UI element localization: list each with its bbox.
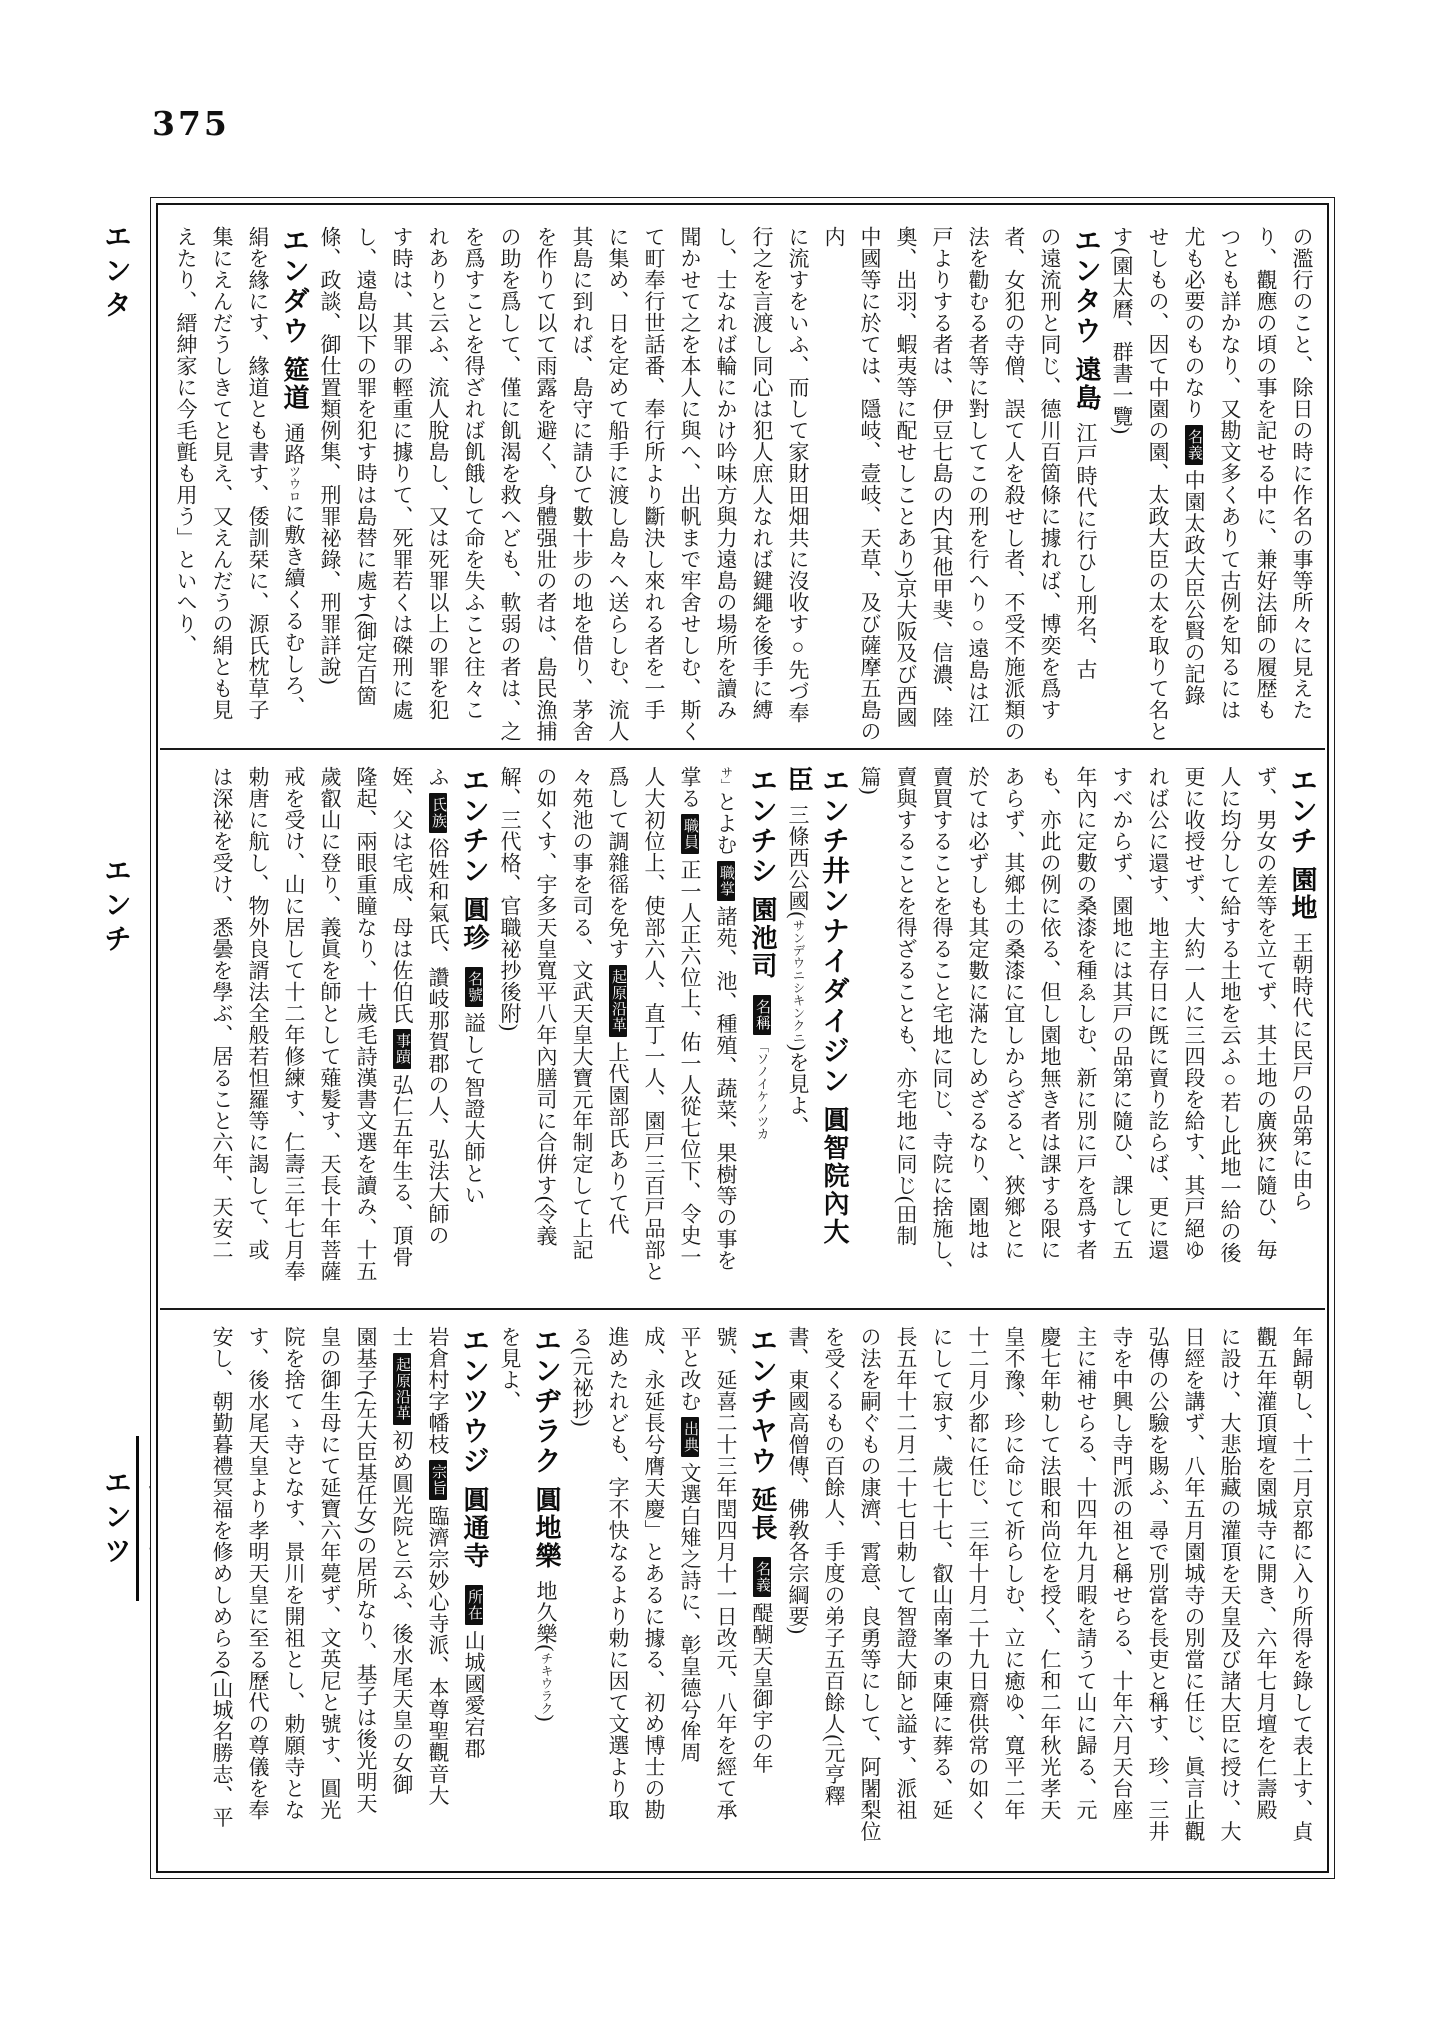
text-column: 皇不豫、珍に命じて祈らしむ、立に癒ゆ、寬平二年	[996, 1326, 1032, 1863]
text-column: 條、政談、御仕置類例集、刑罪祕錄、刑罪詳說)	[312, 226, 348, 763]
text-column: えたり、縉紳家に今毛氈も用う」といへり、	[168, 226, 204, 763]
body-text: り、觀應の頃の事を記せる中に、兼好法師の履歴も	[1254, 226, 1278, 721]
text-column: 隆起、兩眼重瞳なり、十歲毛詩漢書文選を讀み、十五	[348, 766, 384, 1303]
body-text: 戒を受け、山に居して十二年修練す、仁壽三年七月奉	[282, 766, 306, 1282]
text-column: 岩倉村字幡枝宗旨臨濟宗妙心寺派、本尊聖觀音大	[420, 1326, 456, 1863]
thumb-index-label: エンタ	[96, 222, 136, 324]
body-text: し、遠島以下の罪を犯す時は島替に處す(御定百箇	[354, 226, 378, 707]
text-column: す、後水尾天皇より孝明天皇に至る歷代の尊儀を奉	[240, 1326, 276, 1863]
section-label: 名號	[465, 967, 483, 1007]
body-text: 年歸朝し、十二月京都に入り所得を錄して表上す、貞	[1290, 1326, 1314, 1842]
body-text: ず、男女の差等を立てず、其土地の廣狹に隨ひ、毎	[1254, 766, 1278, 1261]
body-text: 皇不豫、珍に命じて祈らしむ、立に癒ゆ、寬平二年	[1002, 1326, 1026, 1821]
text-column: せしもの、因て中園の園、太政大臣の太を取りて名と	[1140, 226, 1176, 763]
body-text: す時は、其罪の輕重に據りて、死罪若くは磔刑に處	[390, 226, 414, 721]
text-column: 園基子(左大臣基任女)の居所なり、基子は後光明天	[348, 1326, 384, 1863]
headword-kanji: 圓珍	[460, 896, 489, 952]
body-text: を作りて以て雨露を避く、身體强壯の者は、島民漁捕	[534, 226, 558, 742]
body-text: 中園太政大臣公賢の記錄	[1182, 470, 1206, 707]
text-column: 人大初位上、使部六人、直丁一人、園戸三百戸品部と	[636, 766, 672, 1303]
body-text: 十二月少都に任じ、三年十月二十九日齋供常の如く	[966, 1326, 990, 1821]
body-text: を見よ、	[498, 1326, 522, 1412]
body-text: も、亦此の例に依る、但し園地無き者は課する限に	[1038, 766, 1062, 1261]
section-label: 名義	[1185, 425, 1203, 465]
text-column: は深祕を受け、悉曇を學ぶ、居ること六年、天安二	[204, 766, 240, 1303]
section-label: 出典	[681, 1417, 699, 1457]
body-text: 醍醐天皇御宇の年	[750, 1602, 774, 1774]
text-column: の濫行のこと、除日の時に作名の事等所々に見えた	[1284, 226, 1320, 763]
text-band-middle: エンチ園地王朝時代に民戸の品第に由らず、男女の差等を立てず、其土地の廣狹に隨ひ、…	[168, 766, 1320, 1303]
text-column: すべからず、園地には其戸の品第に隨ひ、課して五	[1104, 766, 1140, 1303]
body-text: 篇)	[858, 766, 882, 795]
text-column: を爲すことを得ざれば飢餓して命を失ふこと往々こ	[456, 226, 492, 763]
page-frame: の濫行のこと、除日の時に作名の事等所々に見えたり、觀應の頃の事を記せる中に、兼好…	[150, 197, 1335, 1879]
body-text: る(元祕抄)	[570, 1326, 594, 1427]
body-text: 者、女犯の寺僧、誤て人を殺せし者、不受不施派類の	[1002, 226, 1026, 742]
text-column: し、遠島以下の罪を犯す時は島替に處す(御定百箇	[348, 226, 384, 763]
body-text: 平と改む	[678, 1326, 702, 1412]
text-column: 寺を中興し寺門派の祖と稱せらる、十年六月天台座	[1104, 1326, 1140, 1863]
text-column: 其島に到れば、島守に請ひて數十步の地を借り、茅舍	[564, 226, 600, 763]
body-text: の法を嗣ぐもの康濟、霄意、良勇等にして、阿闍梨位	[858, 1326, 882, 1842]
text-column: 士起原沿革初め圓光院と云ふ、後水尾天皇の女御	[384, 1326, 420, 1863]
text-column: 爲して調雜徭を免す起原沿革上代園部氏ありて代	[600, 766, 636, 1303]
reading-gloss: ツウロ	[287, 465, 301, 503]
body-text: 奧、出羽、蝦夷等に配せしことあり)京大阪及び西國	[894, 226, 918, 728]
text-column: エンチ園地王朝時代に民戸の品第に由ら	[1284, 766, 1320, 1303]
body-text: 解、三代格、官職祕抄後附)	[498, 766, 522, 1032]
text-column: り、觀應の頃の事を記せる中に、兼好法師の履歴も	[1248, 226, 1284, 763]
text-column: 篇)	[852, 766, 888, 1303]
text-band-top: の濫行のこと、除日の時に作名の事等所々に見えたり、觀應の頃の事を記せる中に、兼好…	[168, 226, 1320, 763]
text-column: 院を捨てゝ寺となす、景川を開祖とし、勅願寺とな	[276, 1326, 312, 1863]
text-column: に集め、日を定めて船手に渡し島々へ送らしむ、流人	[600, 226, 636, 763]
text-column: 觀五年灌頂壇を園城寺に開き、六年七月壇を仁壽殿	[1248, 1326, 1284, 1863]
text-column: 號、延喜二十三年閏四月十一日改元、八年を經て承	[708, 1326, 744, 1863]
headword-kana: エンタウ	[1071, 226, 1102, 346]
body-text: 尤も必要のものなり	[1182, 226, 1206, 420]
body-text: 行之を言渡し同心は犯人庶人なれば鍵繩を後手に縛	[750, 226, 774, 721]
text-column: 更に收授せず、大約一人に三四段を給す、其戸絕ゆ	[1176, 766, 1212, 1303]
page-number: 375	[152, 104, 230, 143]
headword-kanji: 延長	[748, 1486, 777, 1542]
text-column: 慶七年勅して法眼和尚位を授く、仁和二年秋光孝天	[1032, 1326, 1068, 1863]
text-column: エンタウ遠島江戸時代に行ひし刑名、古	[1068, 226, 1104, 763]
body-text: に集め、日を定めて船手に渡し島々へ送らしむ、流人	[606, 226, 630, 742]
body-text: 正一人正六位上、佑一人從七位下、令史一	[678, 859, 702, 1268]
thumb-index-text: エンチ	[96, 856, 136, 958]
text-column: 々苑池の事を司る、文武天皇大寶元年制定して上記	[564, 766, 600, 1303]
text-column: 行之を言渡し同心は犯人庶人なれば鍵繩を後手に縛	[744, 226, 780, 763]
body-text: 戸よりする者は、伊豆七島の内(其他甲斐、信濃、陸	[930, 226, 954, 728]
text-column: の助を爲して、僅に飢渴を救へども、軟弱の者は、之	[492, 226, 528, 763]
text-column: エンチ井ンナイダイジン圓智院內大	[816, 766, 852, 1303]
body-text: 號、延喜二十三年閏四月十一日改元、八年を經て承	[714, 1326, 738, 1821]
text-column: る(元祕抄)	[564, 1326, 600, 1863]
text-column: サ」とよむ職掌諸苑、池、種殖、蔬菜、果樹等の事を	[708, 766, 744, 1303]
text-column: 賣買することを得ること宅地に同じ、寺院に捨施し、	[924, 766, 960, 1303]
headword-kana: エンダウ	[279, 226, 310, 346]
section-label: 事蹟	[393, 1029, 411, 1069]
text-column: も、亦此の例に依る、但し園地無き者は課する限に	[1032, 766, 1068, 1303]
body-text: 院を捨てゝ寺となす、景川を開祖とし、勅願寺とな	[282, 1326, 306, 1821]
body-text: 通路	[282, 422, 306, 465]
text-column: す(園太曆、群書一覽)	[1104, 226, 1140, 763]
text-column: れば公に還す、地主存日に旣に賣り訖らば、更に還	[1140, 766, 1176, 1303]
text-column: エンダウ筵道通路ツウロに敷き續くるむしろ、	[276, 226, 312, 763]
text-column: 日經を講ず、八年五月園城寺の別當に任じ、眞言止觀	[1176, 1326, 1212, 1863]
scanned-dictionary-page: { "page": { "number": "375" }, "margin_l…	[0, 0, 1440, 2023]
text-column: 皇の御生母にて延寶六年薨ず、文英尼と號す、圓光	[312, 1326, 348, 1863]
text-column: を作りて以て雨露を避く、身體强壯の者は、島民漁捕	[528, 226, 564, 763]
body-text: 絹を緣にす、緣道とも書す、倭訓栞に、源氏枕草子	[246, 226, 270, 721]
text-column: 絹を緣にす、緣道とも書す、倭訓栞に、源氏枕草子	[240, 226, 276, 763]
headword-kana: エンチシ	[747, 766, 778, 886]
body-text: の助を爲して、僅に飢渴を救へども、軟弱の者は、之	[498, 226, 522, 742]
body-text: 年內に定數の桑漆を種ゑしむ、新に別に戸を爲す者	[1074, 766, 1098, 1261]
body-text: 弘仁五年生る、頂骨	[390, 1074, 414, 1268]
text-column: エンヂラク圓地樂地久樂(チキウラク)	[528, 1326, 564, 1863]
body-text: 觀五年灌頂壇を園城寺に開き、六年七月壇を仁壽殿	[1254, 1326, 1278, 1821]
section-label: 職掌	[717, 861, 735, 901]
headword-kana: エンチヤウ	[747, 1326, 778, 1476]
text-column: エンチン圓珍名號謚して智證大師とい	[456, 766, 492, 1303]
thumb-index-labels: エンタエンチエンチエンツ	[0, 0, 150, 2023]
section-label: 名稱	[753, 995, 771, 1035]
headword-kana: エンチ井ンナイダイジン	[819, 766, 850, 1096]
reading-gloss: チキウラク	[539, 1652, 553, 1715]
body-text: す(園太曆、群書一覽)	[1110, 226, 1134, 435]
text-column: 歲叡山に登り、義眞を師として薙髮す、天長十年菩薩	[312, 766, 348, 1303]
text-column: に流すをいふ、而して家財田畑共に沒收す○先づ奉	[780, 226, 816, 763]
headword-kanji: 園地	[1288, 866, 1317, 922]
body-text: 文選白雉之詩に、彰皇德兮侔周	[678, 1462, 702, 1763]
text-column: 平と改む出典文選白雉之詩に、彰皇德兮侔周	[672, 1326, 708, 1863]
text-column: の如くす、宇多天皇寬平八年內膳司に合倂す(令義	[528, 766, 564, 1303]
body-text: 俗姓和氣氏、讚岐那賀郡の人、弘法大師の	[426, 838, 450, 1247]
body-text: 人に均分して給する土地を云ふ○若し此地一給の後	[1218, 766, 1242, 1264]
text-column: エンチシ園池司名稱「ソノイケノツカ	[744, 766, 780, 1303]
text-column: 主に補せらる、十四年九月暇を請うて山に歸る、元	[1068, 1326, 1104, 1863]
headword-kanji: 園池司	[748, 896, 777, 980]
body-text: は深祕を受け、悉曇を學ぶ、居ること六年、天安二	[210, 766, 234, 1261]
text-column: 奧、出羽、蝦夷等に配せしことあり)京大阪及び西國	[888, 226, 924, 763]
section-label: 氏族	[429, 793, 447, 833]
text-column: 法を勸むる者等に對してこの刑を行へり○遠島は江	[960, 226, 996, 763]
headword-kana: エンチン	[459, 766, 490, 886]
text-column: 掌る職員正一人正六位上、佑一人從七位下、令史一	[672, 766, 708, 1303]
text-column: 中國等に於ては、隱岐、壹岐、天草、及び薩摩五島の内	[816, 226, 888, 763]
body-text: 人大初位上、使部六人、直丁一人、園戸三百戸品部と	[642, 766, 666, 1282]
body-text: の遠流刑と同じ、德川百箇條に據れば、博奕を爲す	[1038, 226, 1062, 721]
body-text: 其島に到れば、島守に請ひて數十步の地を借り、茅舍	[570, 226, 594, 742]
body-text: )	[534, 1715, 558, 1723]
body-text: て町奉行世話番、奉行所より斷決し來れる者を一手	[642, 226, 666, 721]
body-text: の如くす、宇多天皇寬平八年內膳司に合倂す(令義	[534, 766, 558, 1247]
body-text: 江戸時代に行ひし刑名、古	[1074, 422, 1098, 680]
body-text: 々苑池の事を司る、文武天皇大寶元年制定して上記	[570, 766, 594, 1261]
thumb-index-dash	[136, 1436, 139, 1601]
reading-gloss: サ」	[719, 766, 733, 791]
body-text: す、後水尾天皇より孝明天皇に至る歷代の尊儀を奉	[246, 1326, 270, 1821]
section-label: 職員	[681, 814, 699, 854]
body-text: 安し、朝勤暮禮冥福を修めしめらる(山城名勝志、平	[210, 1326, 234, 1828]
text-column: 成、永延長兮膺天慶」とあるに據る、初め博士の勘	[636, 1326, 672, 1863]
text-column: エンチヤウ延長名義醍醐天皇御宇の年	[744, 1326, 780, 1863]
body-text: 皇の御生母にて延寶六年薨ず、文英尼と號す、圓光	[318, 1326, 342, 1821]
text-column: 長五年十二月二十七日勅して智證大師と謚す、派祖	[888, 1326, 924, 1863]
text-column: に設け、大悲胎藏の灌頂を天皇及び諸大臣に授け、大	[1212, 1326, 1248, 1863]
headword-kanji: 臣	[784, 766, 813, 794]
text-column: 者、女犯の寺僧、誤て人を殺せし者、不受不施派類の	[996, 226, 1032, 763]
body-text: 進めたれども、字不快なるより勅に因て文選より取	[606, 1326, 630, 1821]
text-column: 十二月少都に任じ、三年十月二十九日齋供常の如く	[960, 1326, 996, 1863]
body-text: ふ	[426, 766, 450, 788]
headword-kana: エンチ	[1287, 766, 1318, 856]
body-text: 成、永延長兮膺天慶」とあるに據る、初め博士の勘	[642, 1326, 666, 1821]
body-text: すべからず、園地には其戸の品第に隨ひ、課して五	[1110, 766, 1134, 1261]
body-text: 書、東國高僧傳、佛敎各宗綱要)	[786, 1326, 810, 1635]
thumb-index-text: エンツ	[96, 1468, 136, 1570]
headword-kanji: 圓智院內大	[820, 1106, 849, 1246]
body-text: 臨濟宗妙心寺派、本尊聖觀音大	[426, 1505, 450, 1806]
body-text: 園基子(左大臣基任女)の居所なり、基子は後光明天	[354, 1326, 378, 1814]
body-text: に敷き續くるむしろ、	[282, 503, 306, 718]
body-text: 日經を講ず、八年五月園城寺の別當に任じ、眞言止觀	[1182, 1326, 1206, 1842]
body-text: )を見よ、	[786, 1044, 810, 1138]
body-text: に流すをいふ、而して家財田畑共に沒收す○先づ奉	[786, 226, 810, 724]
body-text: 諸苑、池、種殖、蔬菜、果樹等の事を	[714, 906, 738, 1272]
body-text: 山城國愛宕郡	[462, 1630, 486, 1759]
body-text: 上代園部氏ありて代	[606, 1042, 630, 1236]
body-text: 掌る	[678, 766, 702, 809]
body-text: 士	[390, 1326, 414, 1348]
thumb-index-label: エンチ	[96, 856, 136, 958]
text-column: の法を嗣ぐもの康濟、霄意、良勇等にして、阿闍梨位	[852, 1326, 888, 1863]
body-text: れば公に還す、地主存日に旣に賣り訖らば、更に還	[1146, 766, 1170, 1261]
body-text: 賣與することを得ざることも、亦宅地に同じ(田制	[894, 766, 918, 1247]
body-text: 爲して調雜徭を免す	[606, 766, 630, 960]
text-column: 戒を受け、山に居して十二年修練す、仁壽三年七月奉	[276, 766, 312, 1303]
body-text: の濫行のこと、除日の時に作名の事等所々に見えた	[1290, 226, 1314, 721]
text-column: ず、男女の差等を立てず、其土地の廣狹に隨ひ、毎	[1248, 766, 1284, 1303]
headword-kanji: 筵道	[280, 356, 309, 412]
text-column: 人に均分して給する土地を云ふ○若し此地一給の後	[1212, 766, 1248, 1303]
section-label: 起原沿革	[393, 1353, 411, 1425]
text-column: 聞かせて之を本人に與へ、出帆まで牢舍せしむ、斯く	[672, 226, 708, 763]
headword-kanji: 遠島	[1072, 356, 1101, 412]
text-column: あらず、其鄉土の桑漆に宜しからざると、狹鄉とに	[996, 766, 1032, 1303]
body-text: 謚して智證大師とい	[462, 1012, 486, 1206]
body-text: を受くるもの百餘人、手度の弟子五百餘人(元亨釋	[822, 1326, 846, 1807]
headword-kanji: 圓地樂	[532, 1486, 561, 1570]
text-column: し、士なれば輪にかけ吟味方與力遠島の場所を讀み	[708, 226, 744, 763]
text-column: 解、三代格、官職祕抄後附)	[492, 766, 528, 1303]
body-text: 中國等に於ては、隱岐、壹岐、天草、及び薩摩五島の内	[822, 226, 882, 742]
body-text: 弘傳の公驗を賜ふ、尋で別當を長吏と稱す、珍、三井	[1146, 1326, 1170, 1842]
reading-gloss: サンデウニシキンクニ	[791, 919, 805, 1044]
body-text: えたり、縉紳家に今毛氈も用う」といへり、	[174, 226, 198, 656]
text-column: 年歸朝し、十二月京都に入り所得を錄して表上す、貞	[1284, 1326, 1320, 1863]
body-text: を爲すことを得ざれば飢餓して命を失ふこと往々こ	[462, 226, 486, 721]
body-text: にして寂す、歲七十七、叡山南峯の東陲に葬る、延	[930, 1326, 954, 1821]
body-text: 勅唐に航し、物外良諝法全般若怛羅等に謁して、或	[246, 766, 270, 1261]
body-text: せしもの、因て中園の園、太政大臣の太を取りて名と	[1146, 226, 1170, 742]
headword-kana: エンヂラク	[531, 1326, 562, 1476]
section-label: 所在	[465, 1585, 483, 1625]
text-column: を受くるもの百餘人、手度の弟子五百餘人(元亨釋	[816, 1326, 852, 1863]
text-column: て町奉行世話番、奉行所より斷決し來れる者を一手	[636, 226, 672, 763]
headword-kana: エンツウジ	[459, 1326, 490, 1476]
text-column: 姪、父は宅成、母は佐伯氏事蹟弘仁五年生る、頂骨	[384, 766, 420, 1303]
text-column: 集にえんだうしきてと見え、又えんだうの絹とも見	[204, 226, 240, 763]
body-text: 長五年十二月二十七日勅して智證大師と謚す、派祖	[894, 1326, 918, 1821]
body-text: 賣買することを得ること宅地に同じ、寺院に捨施し、	[930, 766, 954, 1282]
text-column: ふ氏族俗姓和氣氏、讚岐那賀郡の人、弘法大師の	[420, 766, 456, 1303]
body-text: 法を勸むる者等に對してこの刑を行へり○遠島は江	[966, 226, 990, 724]
text-column: つとも詳かなり、又勘文多くありて古例を知るには	[1212, 226, 1248, 763]
section-label: 起原沿革	[609, 965, 627, 1037]
body-text: 歲叡山に登り、義眞を師として薙髮す、天長十年菩薩	[318, 766, 342, 1282]
text-column: 書、東國高僧傳、佛敎各宗綱要)	[780, 1326, 816, 1863]
body-text: 岩倉村字幡枝	[426, 1326, 450, 1455]
body-text: 聞かせて之を本人に與へ、出帆まで牢舍せしむ、斯く	[678, 226, 702, 742]
body-text: 主に補せらる、十四年九月暇を請うて山に歸る、元	[1074, 1326, 1098, 1821]
body-text: 更に收授せず、大約一人に三四段を給す、其戸絕ゆ	[1182, 766, 1206, 1261]
body-text: 三條西公國(	[786, 804, 810, 919]
reading-gloss: 「ソノイケノツカ	[755, 1040, 769, 1140]
band-divider	[160, 1308, 1325, 1310]
body-text: 初め圓光院と云ふ、後水尾天皇の女御	[390, 1430, 414, 1796]
body-text: 於ては必ずしも其定數に滿たしめざるなり、園地は	[966, 766, 990, 1261]
body-text: つとも詳かなり、又勘文多くありて古例を知るには	[1218, 226, 1242, 721]
text-column: 賣與することを得ざることも、亦宅地に同じ(田制	[888, 766, 924, 1303]
text-column: にして寂す、歲七十七、叡山南峯の東陲に葬る、延	[924, 1326, 960, 1863]
text-column: の遠流刑と同じ、德川百箇條に據れば、博奕を爲す	[1032, 226, 1068, 763]
text-column: 臣三條西公國(サンデウニシキンクニ)を見よ、	[780, 766, 816, 1303]
body-text: あらず、其鄉土の桑漆に宜しからざると、狹鄉とに	[1002, 766, 1026, 1261]
body-text: に設け、大悲胎藏の灌頂を天皇及び諸大臣に授け、大	[1218, 1326, 1242, 1842]
body-text: し、士なれば輪にかけ吟味方與力遠島の場所を讀み	[714, 226, 738, 721]
text-column: 戸よりする者は、伊豆七島の内(其他甲斐、信濃、陸	[924, 226, 960, 763]
body-text: とよむ	[714, 791, 738, 856]
text-column: す時は、其罪の輕重に據りて、死罪若くは磔刑に處	[384, 226, 420, 763]
text-column: エンツウジ圓通寺所在山城國愛宕郡	[456, 1326, 492, 1863]
body-text: 姪、父は宅成、母は佐伯氏	[390, 766, 414, 1024]
section-label: 宗旨	[429, 1460, 447, 1500]
text-column: 於ては必ずしも其定數に滿たしめざるなり、園地は	[960, 766, 996, 1303]
body-text: 王朝時代に民戸の品第に由ら	[1290, 932, 1314, 1212]
text-column: 安し、朝勤暮禮冥福を修めしめらる(山城名勝志、平	[204, 1326, 240, 1863]
body-text: れありと云ふ、流人脫島し、又は死罪以上の罪を犯	[426, 226, 450, 721]
section-label: 名義	[753, 1557, 771, 1597]
text-column: れありと云ふ、流人脫島し、又は死罪以上の罪を犯	[420, 226, 456, 763]
text-column: を見よ、	[492, 1326, 528, 1863]
text-band-bottom: 年歸朝し、十二月京都に入り所得を錄して表上す、貞觀五年灌頂壇を園城寺に開き、六年…	[168, 1326, 1320, 1863]
headword-kanji: 圓通寺	[460, 1486, 489, 1570]
text-column: 進めたれども、字不快なるより勅に因て文選より取	[600, 1326, 636, 1863]
text-column: 弘傳の公驗を賜ふ、尋で別當を長吏と稱す、珍、三井	[1140, 1326, 1176, 1863]
text-column: 尤も必要のものなり名義中園太政大臣公賢の記錄	[1176, 226, 1212, 763]
thumb-index-text: エンタ	[96, 222, 136, 324]
text-column: 年內に定數の桑漆を種ゑしむ、新に別に戸を爲す者	[1068, 766, 1104, 1303]
body-text: 地久樂(	[534, 1580, 558, 1652]
body-text: 寺を中興し寺門派の祖と稱せらる、十年六月天台座	[1110, 1326, 1134, 1821]
body-text: 隆起、兩眼重瞳なり、十歲毛詩漢書文選を讀み、十五	[354, 766, 378, 1282]
body-text: 慶七年勅して法眼和尚位を授く、仁和二年秋光孝天	[1038, 1326, 1062, 1821]
body-text: 條、政談、御仕置類例集、刑罪祕錄、刑罪詳說)	[318, 226, 342, 685]
band-divider	[160, 748, 1325, 750]
text-column: 勅唐に航し、物外良諝法全般若怛羅等に謁して、或	[240, 766, 276, 1303]
body-text: 集にえんだうしきてと見え、又えんだうの絹とも見	[210, 226, 234, 721]
